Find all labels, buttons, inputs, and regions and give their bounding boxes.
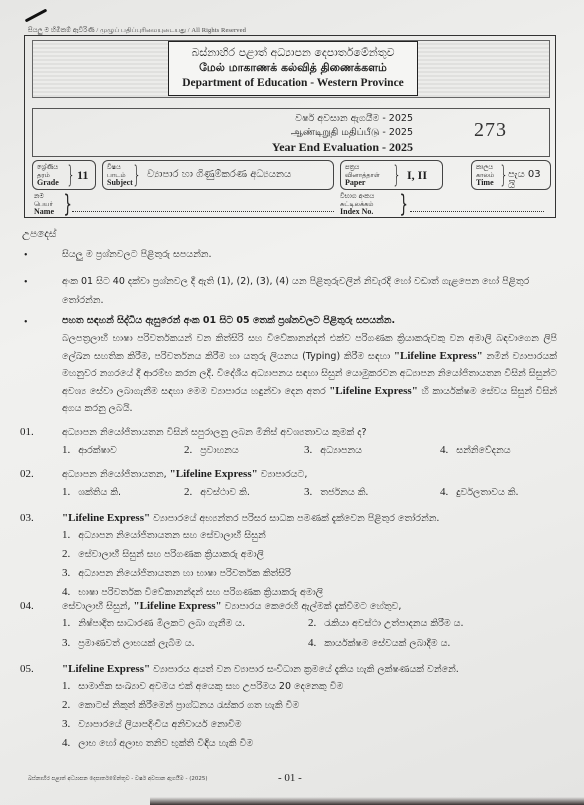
option-text: රැකියා අවස්ථා උත්පාදනය කිරීම ය.	[324, 618, 463, 629]
question-number: 05.	[20, 663, 34, 675]
answer-option[interactable]: 1.ආරක්ෂාව	[62, 444, 117, 456]
paper-field: පත්‍රයவினாத்தாள்Paper } I, II	[340, 160, 443, 190]
answer-option[interactable]: 1.නිෂ්පාදිත සාධාරණ මිලකට ලබා ගැනීම ය.	[62, 617, 245, 629]
question-stem: "Lifeline Express" ව්‍යාපාරයේ අභ්‍යන්තර …	[62, 512, 439, 524]
index-input-line[interactable]	[410, 210, 544, 212]
option-number: 2.	[184, 444, 192, 456]
bullet-icon: •	[24, 317, 28, 328]
answer-option[interactable]: 4.භාෂා පරිවර්තක විවේකානන්දන් සහ පරිගණක ක…	[62, 586, 323, 598]
question-stem: "Lifeline Express" ව්‍යාපාරය අයත් වන ව්‍…	[62, 663, 459, 675]
answer-option[interactable]: 3.අධ්‍යාපනය	[304, 444, 362, 456]
answer-option[interactable]: 4.ලාභ හෝ අලාභ තනිව භුක්ති විඳිය හැකි වීම	[62, 737, 253, 749]
answer-option[interactable]: 1.ශක්තිය කි.	[62, 486, 121, 498]
option-number: 4.	[440, 444, 448, 456]
paper-code: 273	[474, 119, 507, 142]
time-field: කාලයகாலம்Time } පැය 03 යි	[471, 160, 551, 190]
brace-icon: }	[399, 190, 407, 218]
option-number: 3.	[62, 637, 70, 649]
grade-label: ශ්‍රේණියதரம்Grade	[37, 163, 59, 187]
evaluation-english: Year End Evaluation - 2025	[233, 140, 413, 154]
question-stem: සේවාලාභී සිසුන්, "Lifeline Express" ව්‍ය…	[62, 600, 401, 612]
option-number: 4.	[308, 637, 316, 649]
option-text: අවස්ථාව කි.	[200, 487, 250, 498]
option-text: සන්නිවේදනය	[456, 445, 510, 456]
question-stem: අධ්‍යාපන නියෝජිතායතන, "Lifeline Express"…	[62, 468, 307, 480]
answer-option[interactable]: 4.දුර්වලතාවය කි.	[440, 486, 519, 498]
bullet-icon: •	[24, 250, 28, 261]
department-english: Department of Education - Western Provin…	[169, 77, 417, 89]
paper-value: I, II	[407, 168, 427, 183]
department-tamil: மேல் மாகாணக் கல்வித் திணைக்களம்	[169, 61, 417, 76]
evaluation-box: වර්ෂ අවසාන ඇගයීම - 2025 ஆண்டிறுதி மதிப்ப…	[32, 108, 550, 157]
option-text: ප්‍රවාහනය	[200, 445, 238, 456]
evaluation-title: වර්ෂ අවසාන ඇගයීම - 2025 ஆண்டிறுதி மதிப்ப…	[233, 112, 413, 154]
grade-field: ශ්‍රේණියதரம்Grade } 11	[32, 160, 96, 190]
option-text: කාර්යක්ෂම සේවයක් ලබාදීම ය.	[324, 638, 450, 649]
option-text: තර්ජනය කි.	[320, 487, 368, 498]
option-number: 4.	[62, 737, 70, 749]
time-label: කාලයகாலம்Time	[476, 163, 494, 187]
answer-option[interactable]: 1.සාමාජික සංඛ්‍යාව අවමය එක් අයෙකු සහ උපර…	[62, 680, 343, 692]
answer-option[interactable]: 3.අධ්‍යාපන නියෝජිතායතන හා භාෂා පරිවර්තක …	[62, 567, 291, 579]
name-label: නමபெயர்Name	[34, 192, 54, 216]
question-number: 02.	[20, 468, 34, 480]
answer-option[interactable]: 2.සේවාලාභී සිසුන් සහ පරිගණක ක්‍රියාකරු අ…	[62, 548, 264, 560]
evaluation-sinhala: වර්ෂ අවසාන ඇගයීම - 2025	[233, 112, 413, 126]
grade-value: 11	[77, 168, 88, 183]
brace-icon: }	[392, 163, 400, 187]
option-text: ප්‍රමාණවත් ලාභයක් ලැබීම ය.	[78, 638, 194, 649]
option-number: 3.	[304, 444, 312, 456]
name-input-line[interactable]	[72, 210, 334, 212]
answer-option[interactable]: 3.ප්‍රමාණවත් ලාභයක් ලැබීම ය.	[62, 637, 195, 649]
option-number: 1.	[62, 444, 70, 456]
question-number: 04.	[20, 600, 34, 612]
answer-option[interactable]: 2.කොටස් නිකුත් කිරීමෙන් ප්‍රාග්ධනය රැස්ක…	[62, 699, 299, 711]
bullet-icon: •	[24, 277, 28, 288]
page-number: - 01 -	[278, 772, 302, 784]
option-number: 3.	[62, 718, 70, 730]
case-study-paragraph: බලපත්‍රලාභී භාෂා පරිවර්තකයන් වන කිත්සිරි…	[62, 330, 557, 418]
option-text: අධ්‍යාපන නියෝජිතායතන හා භාෂා පරිවර්තක කි…	[78, 568, 291, 579]
option-text: නිෂ්පාදිත සාධාරණ මිලකට ලබා ගැනීම ය.	[78, 618, 245, 629]
option-text: ආරක්ෂාව	[78, 445, 117, 456]
instruction-item: සියලු ම ප්‍රශ්නවලට පිළිතුරු සපයන්න.	[62, 245, 552, 264]
instruction-item: අංක 01 සිට 40 දක්වා ප්‍රශ්නවල දී ඇති (1)…	[62, 272, 552, 310]
answer-option[interactable]: 3.තර්ජනය කි.	[304, 486, 368, 498]
question-stem: අධ්‍යාපන නියෝජිතායතන විසින් සපුරාලනු ලබන…	[62, 426, 367, 438]
option-number: 4.	[440, 486, 448, 498]
index-label: විභාග අංකයசுட்டிலக்கம்Index No.	[340, 192, 374, 216]
instructions-title: උපදෙස්	[22, 228, 56, 241]
option-text: සේවාලාභී සිසුන් සහ පරිගණක ක්‍රියාකරු අමා…	[78, 549, 264, 560]
department-sinhala: බස්නාහිර පළාත් අධ්‍යාපන දෙපාර්තමේන්තුව	[169, 46, 417, 60]
answer-option[interactable]: 1.අධ්‍යාපන නියෝජිතායතන සහ සේවාලාභී සිසුන…	[62, 529, 266, 541]
question-number: 03.	[20, 512, 34, 524]
option-number: 1.	[62, 486, 70, 498]
exam-page: සියලු ම හිමිකම් ඇවිරිණි / முழுப் பதிப்பு…	[0, 0, 584, 805]
option-number: 2.	[62, 699, 70, 711]
option-number: 4.	[62, 586, 70, 598]
option-text: භාෂා පරිවර්තක විවේකානන්දන් සහ පරිගණක ක්‍…	[78, 587, 323, 598]
option-number: 1.	[62, 529, 70, 541]
subject-field: විෂයபாடம்Subject } ව්‍යාපාර හා ගිණුම්කරණ…	[102, 160, 334, 190]
option-number: 2.	[184, 486, 192, 498]
paper-label: පත්‍රයவினாத்தாள்Paper	[345, 163, 380, 187]
page-edge-shadow	[150, 797, 584, 805]
option-number: 1.	[62, 617, 70, 629]
option-text: අධ්‍යාපනය	[320, 445, 362, 456]
brace-icon: }	[66, 163, 74, 187]
brace-icon: }	[132, 163, 140, 187]
option-text: කොටස් නිකුත් කිරීමෙන් ප්‍රාග්ධනය රැස්කර …	[78, 700, 299, 711]
question-number: 01.	[20, 426, 34, 438]
answer-option[interactable]: 3.ව්‍යාපාරයේ ලියාපදිංචිය අනිවාර්ය නොවීම	[62, 718, 242, 730]
answer-option[interactable]: 2.ප්‍රවාහනය	[184, 444, 239, 456]
subject-label: විෂයபாடம்Subject	[107, 163, 133, 187]
subject-value: ව්‍යාපාර හා ගිණුම්කරණ අධ්‍යයනය	[147, 169, 291, 180]
answer-option[interactable]: 4.කාර්යක්ෂම සේවයක් ලබාදීම ය.	[308, 637, 450, 649]
answer-option[interactable]: 2.අවස්ථාව කි.	[184, 486, 250, 498]
pen-mark	[25, 9, 48, 23]
option-number: 2.	[62, 548, 70, 560]
department-title-box: බස්නාහිර පළාත් අධ්‍යාපන දෙපාර්තමේන්තුව ம…	[168, 41, 418, 96]
copyright-notice: සියලු ම හිමිකම් ඇවිරිණි / முழுப் பதிப்பு…	[28, 27, 246, 35]
option-text: ලාභ හෝ අලාභ තනිව භුක්ති විඳිය හැකි වීම	[78, 738, 253, 749]
option-number: 2.	[308, 617, 316, 629]
answer-option[interactable]: 4.සන්නිවේදනය	[440, 444, 511, 456]
option-text: දුර්වලතාවය කි.	[456, 487, 518, 498]
option-number: 3.	[62, 567, 70, 579]
brace-icon: }	[63, 190, 71, 218]
answer-option[interactable]: 2.රැකියා අවස්ථා උත්පාදනය කිරීම ය.	[308, 617, 464, 629]
footer-note: බස්නාහිර පළාත් අධ්‍යාපන දෙපාර්තමේන්තුව -…	[28, 776, 207, 783]
brace-icon: }	[499, 163, 507, 187]
evaluation-tamil: ஆண்டிறுதி மதிப்பீடு - 2025	[233, 126, 413, 140]
option-text: ව්‍යාපාරයේ ලියාපදිංචිය අනිවාර්ය නොවීම	[78, 719, 241, 730]
time-value: පැය 03 යි	[508, 169, 550, 191]
instruction-item: පහත සඳහන් සිද්ධිය ඇසුරෙන් අංක 01 සිට 05 …	[62, 311, 552, 330]
option-text: ශක්තිය කි.	[78, 487, 121, 498]
option-number: 1.	[62, 680, 70, 692]
option-text: සාමාජික සංඛ්‍යාව අවමය එක් අයෙකු සහ උපරිම…	[78, 681, 343, 692]
option-number: 3.	[304, 486, 312, 498]
option-text: අධ්‍යාපන නියෝජිතායතන සහ සේවාලාභී සිසුන්	[78, 530, 265, 541]
